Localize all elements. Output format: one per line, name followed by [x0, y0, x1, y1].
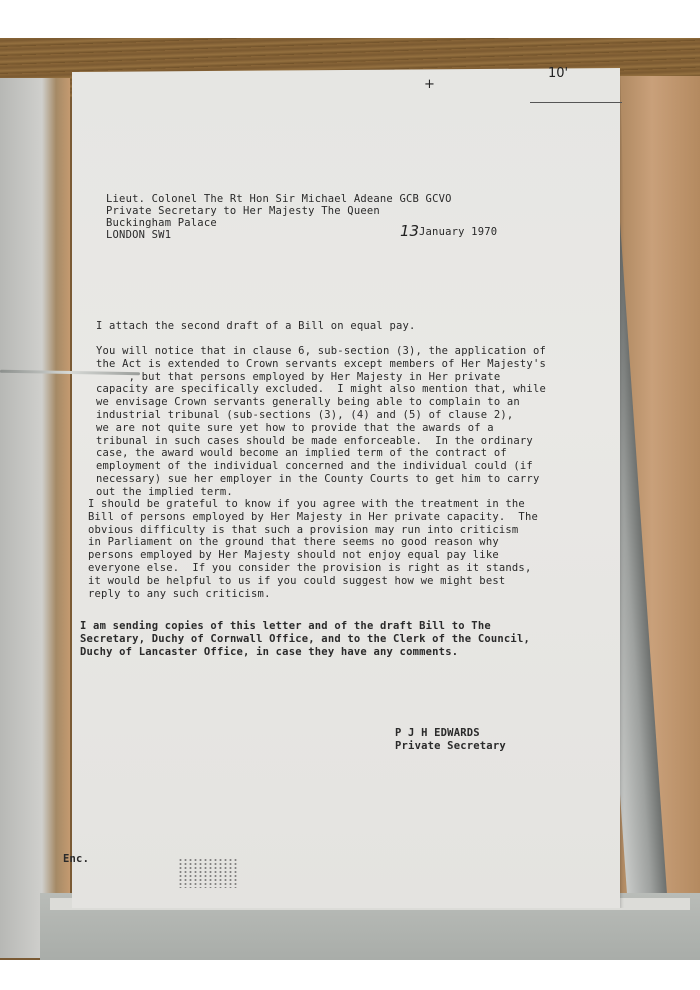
- enclosure-note: Enc.: [63, 853, 89, 866]
- date-day-handwritten: 13: [400, 222, 419, 240]
- body-line: industrial tribunal (sub-sections (3), (…: [96, 409, 513, 422]
- body-line: it would be helpful to us if you could s…: [88, 575, 505, 588]
- addressee-line-4: LONDON SW1: [106, 229, 171, 242]
- page-reference: 10': [548, 66, 568, 81]
- plus-mark: +: [424, 77, 435, 92]
- body-line: necessary) sue her employer in the Count…: [96, 473, 539, 486]
- body-line: capacity are specifically excluded. I mi…: [96, 383, 546, 396]
- body-line: obvious difficulty is that such a provis…: [88, 524, 518, 537]
- body-line: You will notice that in clause 6, sub-se…: [96, 345, 546, 358]
- body-line: persons employed by Her Majesty should n…: [88, 549, 499, 562]
- body-line: we envisage Crown servants generally bei…: [96, 396, 520, 409]
- body-line: everyone else. If you consider the provi…: [88, 562, 531, 575]
- body-line: case, the award would become an implied …: [96, 447, 507, 460]
- faded-stamp-mark: [178, 858, 238, 888]
- body-line: the Act is extended to Crown servants ex…: [96, 358, 546, 371]
- date-month-year: January 1970: [419, 226, 497, 239]
- body-line: I am sending copies of this letter and o…: [80, 620, 491, 633]
- body-line: Secretary, Duchy of Cornwall Office, and…: [80, 633, 530, 646]
- signatory-name: P J H EDWARDS: [395, 727, 480, 740]
- body-line: employment of the individual concerned a…: [96, 460, 533, 473]
- underline-rule: [530, 102, 622, 103]
- body-line: we are not quite sure yet how to provide…: [96, 422, 494, 435]
- body-line: tribunal in such cases should be made en…: [96, 435, 533, 448]
- signatory-title: Private Secretary: [395, 740, 506, 753]
- body-line: Duchy of Lancaster Office, in case they …: [80, 646, 458, 659]
- left-folder-edge: [0, 78, 70, 958]
- body-line: reply to any such criticism.: [88, 588, 271, 601]
- body-line: I attach the second draft of a Bill on e…: [96, 320, 416, 333]
- body-line: out the implied term.: [96, 486, 233, 499]
- body-line: Bill of persons employed by Her Majesty …: [88, 511, 538, 524]
- body-line: I should be grateful to know if you agre…: [88, 498, 525, 511]
- body-line: , but that persons employed by Her Majes…: [96, 371, 500, 384]
- body-line: in Parliament on the ground that there s…: [88, 536, 499, 549]
